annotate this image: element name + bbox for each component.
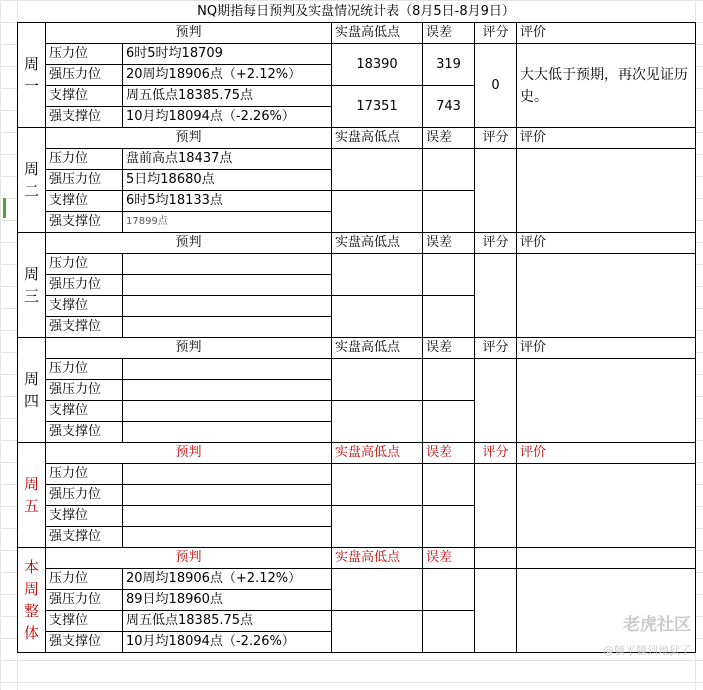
error-value[interactable] [423,506,475,548]
score-value[interactable] [475,149,517,233]
score-value[interactable] [475,359,517,443]
level-label: 强压力位 [46,170,123,191]
header-score: 评分 [475,233,517,254]
level-row: 压力位盘前高点18437点 [18,149,696,170]
level-label: 强支撑位 [46,527,123,548]
level-label: 压力位 [46,149,123,170]
level-value[interactable] [123,254,332,275]
level-value[interactable]: 盘前高点18437点 [123,149,332,170]
header-error: 误差 [423,128,475,149]
header-actual: 实盘高低点 [332,23,423,44]
actual-value[interactable] [332,296,423,338]
level-label: 强支撑位 [46,632,123,653]
error-value[interactable] [423,191,475,233]
header-prediction: 预判 [46,443,332,464]
day-header-row: 本周整体预判实盘高低点误差 [18,548,696,569]
level-label: 压力位 [46,569,123,590]
header-error: 误差 [423,443,475,464]
header-score: 评分 [475,128,517,149]
level-label: 强压力位 [46,590,123,611]
level-label: 强支撑位 [46,107,123,128]
sheet-title: NQ期指每日预判及实盘情况统计表（8月5日-8月9日） [17,2,695,22]
day-name: 周二 [24,158,40,202]
header-comment: 评价 [517,23,696,44]
actual-value[interactable] [332,569,423,611]
day-header-row: 周一预判实盘高低点误差评分评价 [18,23,696,44]
comment-value[interactable]: 大大低于预期，再次见证历史。 [517,44,696,128]
day-header-row: 周五预判实盘高低点误差评分评价 [18,443,696,464]
level-value[interactable] [123,401,332,422]
level-value[interactable]: 17899点 [123,212,332,233]
level-value[interactable]: 20周均18906点（+2.12%） [123,569,332,590]
stats-table: 周一预判实盘高低点误差评分评价压力位6时5时均18709183903190大大低… [17,22,696,653]
level-value[interactable] [123,506,332,527]
actual-value[interactable]: 18390 [332,44,423,86]
level-label: 支撑位 [46,191,123,212]
level-value[interactable]: 周五低点18385.75点 [123,611,332,632]
actual-value[interactable] [332,464,423,506]
day-label: 周一 [18,23,46,128]
error-value[interactable] [423,464,475,506]
level-value[interactable] [123,380,332,401]
day-label: 周二 [18,128,46,233]
level-label: 压力位 [46,44,123,65]
score-value[interactable] [475,569,517,653]
score-value[interactable]: 0 [475,44,517,128]
header-prediction: 预判 [46,233,332,254]
level-value[interactable]: 6时5均18133点 [123,191,332,212]
day-name: 本周整体 [24,556,40,644]
level-row: 压力位20周均18906点（+2.12%） [18,569,696,590]
error-value[interactable] [423,569,475,611]
level-label: 压力位 [46,464,123,485]
header-actual: 实盘高低点 [332,338,423,359]
header-prediction: 预判 [46,338,332,359]
header-error: 误差 [423,338,475,359]
level-value[interactable] [123,485,332,506]
actual-value[interactable] [332,191,423,233]
header-comment: 评价 [517,443,696,464]
day-header-row: 周三预判实盘高低点误差评分评价 [18,233,696,254]
row-selection-marker [3,198,6,218]
level-value[interactable] [123,464,332,485]
level-label: 强支撑位 [46,212,123,233]
error-value[interactable] [423,611,475,653]
actual-value[interactable] [332,359,423,401]
level-label: 强压力位 [46,380,123,401]
actual-value[interactable] [332,401,423,443]
level-value[interactable] [123,422,332,443]
comment-value[interactable] [517,359,696,443]
header-actual: 实盘高低点 [332,443,423,464]
error-value[interactable] [423,359,475,401]
header-actual: 实盘高低点 [332,548,423,569]
level-label: 支撑位 [46,611,123,632]
day-name: 周五 [24,473,40,517]
actual-value[interactable] [332,254,423,296]
empty-cell [517,548,696,569]
day-header-row: 周四预判实盘高低点误差评分评价 [18,338,696,359]
level-label: 强压力位 [46,485,123,506]
actual-value[interactable] [332,149,423,191]
day-name: 周一 [24,53,40,97]
level-value[interactable]: 6时5时均18709 [123,44,332,65]
level-value[interactable] [123,359,332,380]
level-row: 压力位 [18,254,696,275]
day-label: 周五 [18,443,46,548]
header-comment: 评价 [517,128,696,149]
day-label: 周四 [18,338,46,443]
header-prediction: 预判 [46,128,332,149]
error-value[interactable] [423,149,475,191]
header-error: 误差 [423,23,475,44]
level-value[interactable]: 周五低点18385.75点 [123,86,332,107]
actual-value[interactable] [332,611,423,653]
level-value[interactable]: 10月均18094点（-2.26%） [123,107,332,128]
day-label: 周三 [18,233,46,338]
level-row: 压力位 [18,359,696,380]
level-value[interactable] [123,527,332,548]
level-value[interactable] [123,296,332,317]
level-label: 强支撑位 [46,422,123,443]
header-score: 评分 [475,443,517,464]
day-label: 本周整体 [18,548,46,653]
score-value[interactable] [475,254,517,338]
day-name: 周三 [24,263,40,307]
error-value[interactable] [423,296,475,338]
error-value[interactable] [423,401,475,443]
level-value[interactable]: 10月均18094点（-2.26%） [123,632,332,653]
comment-value[interactable] [517,149,696,233]
level-label: 支撑位 [46,506,123,527]
day-header-row: 周二预判实盘高低点误差评分评价 [18,128,696,149]
level-value[interactable]: 20周均18906点（+2.12%） [123,65,332,86]
header-score: 评分 [475,338,517,359]
watermark-brand: 老虎社区 [623,610,691,635]
header-error: 误差 [423,548,475,569]
level-value[interactable] [123,275,332,296]
header-prediction: 预判 [46,548,332,569]
header-prediction: 预判 [46,23,332,44]
actual-value[interactable]: 17351 [332,86,423,128]
level-value[interactable]: 89日均18960点 [123,590,332,611]
level-value[interactable] [123,317,332,338]
level-label: 强压力位 [46,65,123,86]
header-error: 误差 [423,233,475,254]
header-score: 评分 [475,23,517,44]
level-label: 压力位 [46,359,123,380]
header-actual: 实盘高低点 [332,128,423,149]
header-comment: 评价 [517,233,696,254]
level-row: 压力位 [18,464,696,485]
comment-value[interactable] [517,254,696,338]
empty-cell [475,548,517,569]
header-comment: 评价 [517,338,696,359]
comment-value[interactable] [517,464,696,548]
level-label: 强压力位 [46,275,123,296]
header-actual: 实盘高低点 [332,233,423,254]
level-value[interactable]: 5日均18680点 [123,170,332,191]
error-value[interactable]: 319 [423,44,475,86]
level-label: 支撑位 [46,296,123,317]
score-value[interactable] [475,464,517,548]
level-label: 强支撑位 [46,317,123,338]
error-value[interactable] [423,254,475,296]
level-label: 压力位 [46,254,123,275]
error-value[interactable]: 743 [423,86,475,128]
day-name: 周四 [24,368,40,412]
actual-value[interactable] [332,506,423,548]
level-row: 压力位6时5时均18709183903190大大低于预期，再次见证历史。 [18,44,696,65]
level-label: 支撑位 [46,401,123,422]
level-label: 支撑位 [46,86,123,107]
watermark-user: @躺平躺到地狱了 [603,642,691,658]
